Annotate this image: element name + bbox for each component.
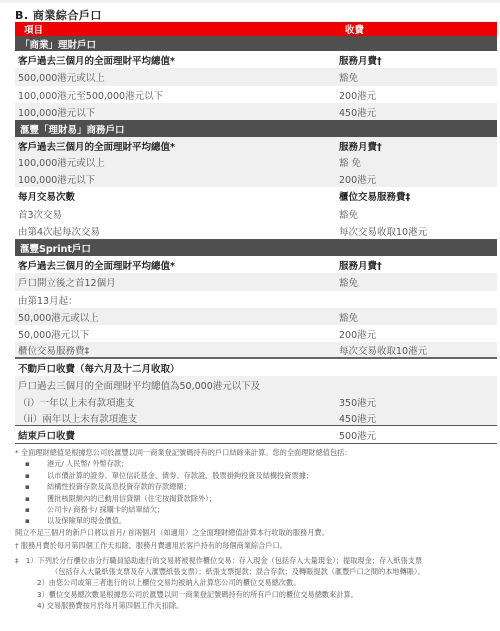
table-row: （ii）兩年以上未有款項進支 450港元 [15, 410, 497, 426]
row-fee: 豁免 [339, 275, 497, 289]
table-row: 500,000港元或以上 豁免 [15, 68, 497, 86]
subheader-item: 客戶過去三個月的全面理財平均總值* [15, 258, 339, 272]
row-item: 500,000港元或以上 [15, 70, 339, 84]
row-item: 100,000港元以下 [15, 105, 339, 119]
subheader-fee: 服務月費† [339, 53, 497, 67]
footnote-dagger: † 服務月費於每月第四個工作天扣除。服務月費適用於客戶持有的每個商業綜合戶口。 [15, 540, 500, 551]
section-header-business-integrated: 「商業」理財戶口 [15, 36, 497, 51]
table-row: 戶口開立後之首12個月 豁免 [15, 273, 497, 291]
dormant-condition: 戶口過去三個月的全面理財平均總值為50,000港元以下及 [15, 376, 497, 393]
footnote-ddagger-4: 4) 交易服務費按月於每月第四個工作天扣除。 [15, 600, 500, 611]
table-row: 由第13月起： [15, 291, 497, 308]
footnote-ddagger-3: 3）櫃位交易總次數是根據您公司於滙豐以同一商業登記號碼持有的所有戶口的櫃位交易總… [15, 589, 500, 600]
closing-fee-row: 結束戶口收費 500港元 [15, 426, 497, 444]
table-subheader: 客戶過去三個月的全面理財平均總值* 服務月費† [15, 256, 497, 273]
table-row: 100,000港元至500,000港元以下 200港元 [15, 86, 497, 103]
section-title: B. 商業綜合戶口 [15, 7, 102, 23]
section-label: 滙豐Sprint戶口 [15, 241, 341, 255]
row-fee: 350港元 [339, 395, 497, 409]
footnote-ddagger-1: ‡ 1）下列於分行櫃位由分行職員協助進行的交易將被視作櫃位交易：存入現金（包括存… [15, 555, 500, 566]
table-row: 由第4次起每次交易 每次交易收取10港元 [15, 222, 497, 240]
table-subheader: 每月交易次數 櫃位交易服務費‡ [15, 187, 497, 205]
footnote-ddagger-1-cont: （包括存入大量紙張支票及存入滙豐紙張支票）；紙張支票提款；混合存款；及轉賬提款（… [15, 566, 500, 577]
row-item: 由第13月起： [15, 293, 339, 307]
table-row: 50,000港元或以上 豁免 [15, 308, 497, 325]
row-item: 100,000港元至500,000港元以下 [15, 88, 339, 102]
footnotes: * 全面理財總值是根據您公司於滙豐以同一商業登記號碼持有的戶口結餘來計算。您的全… [15, 447, 500, 612]
row-item: 不動戶口收費（每六月及十二月收取） [15, 361, 339, 375]
table-row: 100,000港元以下 200港元 [15, 170, 497, 187]
table-header: 項目 收費 [15, 22, 497, 36]
table-subheader: 客戶過去三個月的全面理財平均總值* 服務月費† [15, 51, 497, 68]
subheader-item: 客戶過去三個月的全面理財平均總值* [15, 139, 339, 153]
table-subheader: 客戶過去三個月的全面理財平均總值* 服務月費† [15, 137, 497, 154]
row-fee: 豁免 [339, 70, 497, 84]
row-fee: 200港元 [339, 88, 497, 102]
table-row: 首3次交易 豁免 [15, 205, 497, 222]
row-fee: 每次交易收取10港元 [339, 343, 497, 357]
footnote-bullet: ▪以市價計算的證券、單位信託基金、債券、存款證、股票掛鉤投資及結構投資票據； [15, 470, 500, 481]
row-fee: 200港元 [339, 172, 497, 186]
subheader-item: 每月交易次數 [15, 189, 339, 203]
row-fee: 豁免 [339, 310, 497, 324]
row-item: 戶口開立後之首12個月 [15, 275, 339, 289]
row-fee: 每次交易收取10港元 [339, 224, 497, 238]
footnote-star-intro: * 全面理財總值是根據您公司於滙豐以同一商業登記號碼持有的戶口結餘來計算。您的全… [15, 447, 500, 458]
row-item: 50,000港元或以上 [15, 310, 339, 324]
row-item: （i）一年以上未有款項進支 [15, 395, 339, 409]
row-fee: 200港元 [339, 327, 497, 341]
section-header-sprint: 滙豐Sprint戶口 [15, 240, 497, 256]
row-item: 首3次交易 [15, 207, 339, 221]
section-label: 「商業」理財戶口 [15, 37, 341, 51]
header-item: 項目 [15, 22, 345, 36]
row-item: 結束戶口收費 [15, 428, 339, 442]
footnote-bullet: ▪結構性投資存款及高息投資存款的存款總額； [15, 481, 500, 492]
dormant-fee-title: 不動戶口收費（每六月及十二月收取） [15, 359, 497, 376]
row-fee: 450港元 [339, 105, 497, 119]
row-item: 100,000港元以下 [15, 172, 339, 186]
subheader-fee: 櫃位交易服務費‡ [339, 189, 497, 203]
footnote-bullet: ▪港元/ 人民幣/ 外幣存款； [15, 458, 500, 469]
top-divider [0, 0, 500, 3]
row-fee: 豁免 [339, 207, 497, 221]
table-row: （i）一年以上未有款項進支 350港元 [15, 393, 497, 410]
row-fee: 450港元 [339, 411, 497, 425]
row-item: 50,000港元以下 [15, 327, 339, 341]
row-item: （ii）兩年以上未有款項進支 [15, 411, 339, 425]
table-row: 櫃位交易服務費‡ 每次交易收取10港元 [15, 342, 497, 359]
footnote-bullet: ▪公司卡/ 商務卡/ 採購卡的結單結欠； [15, 504, 500, 515]
footnote-star-note: 開立不足三個月的新戶口將以首月/ 首兩個月（如適用）之全面理財總值計算本行收取的… [15, 527, 500, 538]
row-item: 100,000港元或以上 [15, 155, 339, 169]
header-fee: 收費 [345, 22, 497, 36]
fee-table: 項目 收費 「商業」理財戶口 客戶過去三個月的全面理財平均總值* 服務月費† 5… [15, 22, 497, 444]
table-row: 50,000港元以下 200港元 [15, 325, 497, 342]
subheader-fee: 服務月費† [339, 139, 497, 153]
row-item: 戶口過去三個月的全面理財平均總值為50,000港元以下及 [15, 378, 497, 392]
row-fee: 500港元 [339, 428, 497, 442]
footnote-bullet: ▪獲批核限額內的已動用信貸額（住宅按揭貸款除外）； [15, 493, 500, 504]
row-fee: 豁 免 [339, 155, 497, 169]
subheader-item: 客戶過去三個月的全面理財平均總值* [15, 53, 339, 67]
footnote-ddagger-2: 2）由您公司或第三者進行的以上櫃位交易均被納入計算您公司的櫃位交易總次數。 [15, 577, 500, 588]
footnote-bullet: ▪以及保險單的現金價值。 [15, 515, 500, 526]
section-header-easy-business: 滙豐「理財易」商務戶口 [15, 120, 497, 137]
table-row: 100,000港元以下 450港元 [15, 103, 497, 120]
subheader-fee: 服務月費† [339, 258, 497, 272]
row-item: 由第4次起每次交易 [15, 224, 339, 238]
row-item: 櫃位交易服務費‡ [15, 343, 339, 357]
section-label: 滙豐「理財易」商務戶口 [15, 122, 341, 136]
table-row: 100,000港元或以上 豁 免 [15, 154, 497, 170]
